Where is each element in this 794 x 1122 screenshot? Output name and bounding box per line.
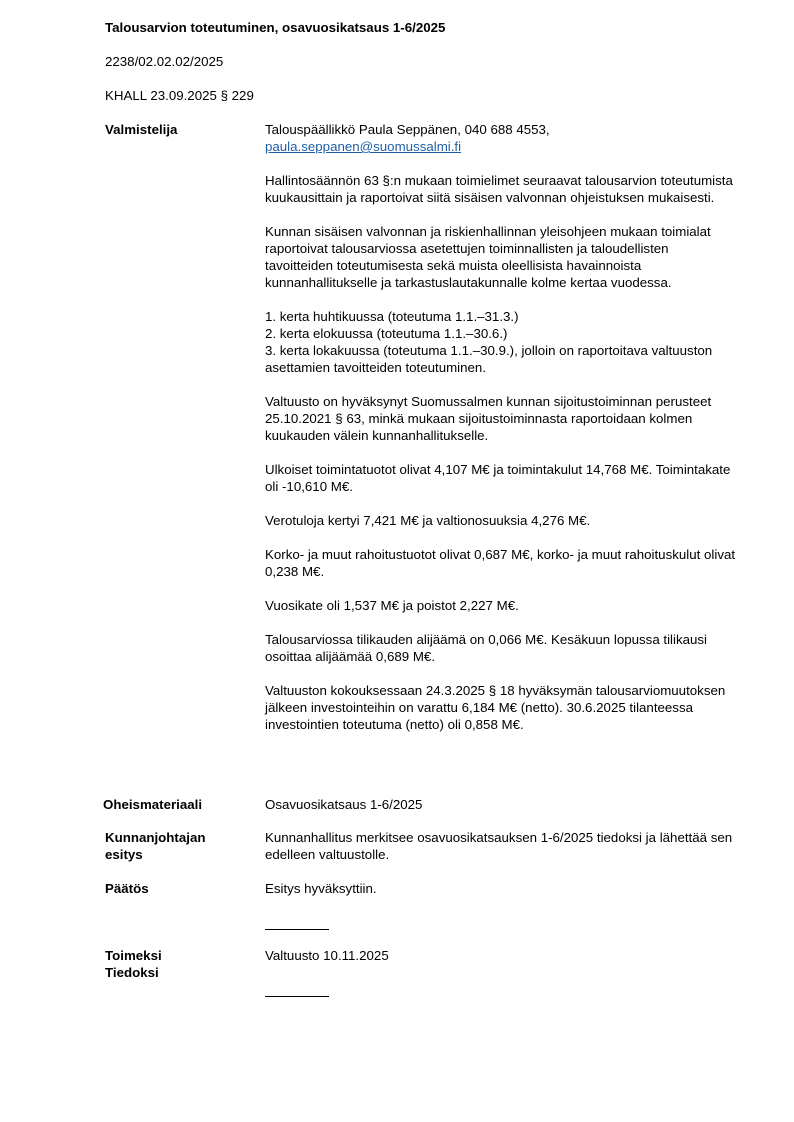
meeting-reference: KHALL 23.09.2025 § 229	[105, 88, 254, 103]
preparer-email-link[interactable]: paula.seppanen@suomussalmi.fi	[265, 139, 461, 154]
paragraph: Valtuuston kokouksessaan 24.3.2025 § 18 …	[265, 682, 740, 733]
label-toimeksi-tiedoksi: Toimeksi Tiedoksi	[105, 947, 162, 981]
toimeksi-value: Valtuusto 10.11.2025	[265, 947, 740, 964]
paragraph: Valtuusto on hyväksynyt Suomussalmen kun…	[265, 393, 740, 444]
preparer-info: Talouspäällikkö Paula Seppänen, 040 688 …	[265, 122, 550, 137]
list-item: 3. kerta lokakuussa (toteutuma 1.1.–30.9…	[265, 343, 712, 375]
label-line: Kunnanjohtajan	[105, 830, 205, 845]
reference-number: 2238/02.02.02/2025	[105, 54, 223, 69]
separator-line	[265, 929, 329, 930]
list-item: 1. kerta huhtikuussa (toteutuma 1.1.–31.…	[265, 309, 519, 324]
valmistelija-content: Talouspäällikkö Paula Seppänen, 040 688 …	[265, 121, 740, 733]
paatos-value: Esitys hyväksyttiin.	[265, 880, 740, 897]
paragraph: Talousarviossa tilikauden alijäämä on 0,…	[265, 631, 740, 665]
label-line: Tiedoksi	[105, 965, 159, 980]
label-line: Toimeksi	[105, 948, 162, 963]
paragraph: Hallintosäännön 63 §:n mukaan toimielime…	[265, 172, 740, 206]
label-paatos: Päätös	[105, 880, 149, 897]
label-valmistelija: Valmistelija	[105, 121, 177, 138]
paragraph: Korko- ja muut rahoitustuotot olivat 0,6…	[265, 546, 740, 580]
report-schedule-list: 1. kerta huhtikuussa (toteutuma 1.1.–31.…	[265, 308, 740, 376]
paragraph: Vuosikate oli 1,537 M€ ja poistot 2,227 …	[265, 597, 740, 614]
list-item: 2. kerta elokuussa (toteutuma 1.1.–30.6.…	[265, 326, 507, 341]
separator-line	[265, 996, 329, 997]
oheismateriaali-value: Osavuosikatsaus 1-6/2025	[265, 796, 740, 813]
document-title: Talousarvion toteutuminen, osavuosikatsa…	[105, 20, 445, 35]
label-oheismateriaali: Oheismateriaali	[103, 796, 202, 813]
label-line: esitys	[105, 847, 143, 862]
kunnanjohtajan-esitys-value: Kunnanhallitus merkitsee osavuosikatsauk…	[265, 829, 740, 863]
label-kunnanjohtajan-esitys: Kunnanjohtajan esitys	[105, 829, 205, 863]
document-page: Talousarvion toteutuminen, osavuosikatsa…	[0, 0, 794, 1122]
paragraph: Verotuloja kertyi 7,421 M€ ja valtionosu…	[265, 512, 740, 529]
paragraph: Kunnan sisäisen valvonnan ja riskienhall…	[265, 223, 740, 291]
paragraph: Ulkoiset toimintatuotot olivat 4,107 M€ …	[265, 461, 740, 495]
